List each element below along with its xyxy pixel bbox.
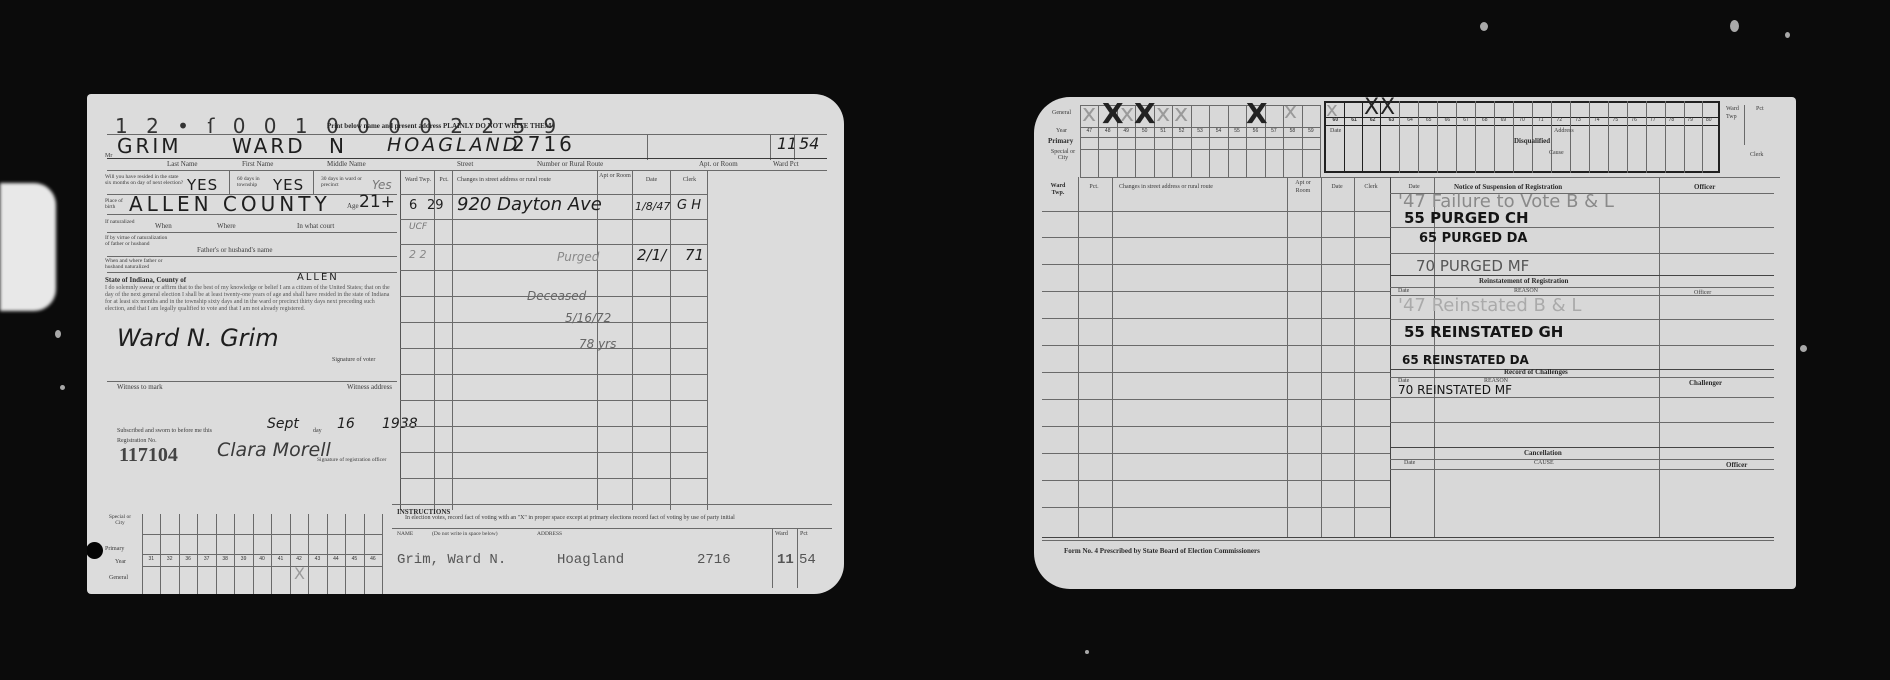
- vote-mark-47: x: [1082, 99, 1096, 127]
- apt-label: Apt. or Room: [699, 160, 738, 168]
- reinstatement-entry-1947: '47 Reinstated B & L: [1398, 295, 1581, 316]
- voter-signature: Ward N. Grim: [117, 324, 279, 352]
- row1-address: 920 Dayton Ave: [457, 194, 602, 215]
- last-name-label: Last Name: [167, 160, 198, 168]
- typed-pct-label: Pct: [800, 530, 808, 538]
- naturalized-court-label: In what court: [297, 222, 334, 230]
- subscribed-label: Subscribed and sworn to before me this: [117, 427, 212, 435]
- cancellation-heading: Cancellation: [1524, 449, 1562, 457]
- last-name-value: GRIM: [117, 134, 182, 158]
- box-disqualified-label: Disqualified: [1514, 137, 1550, 145]
- scan-speck: [1480, 22, 1488, 31]
- cancellation-officer-label: Officer: [1726, 461, 1747, 469]
- side-ward-twp-label: Ward Twp: [1726, 105, 1746, 121]
- cancellation-date-label: Date: [1404, 459, 1415, 467]
- row1-clerk: G H: [677, 198, 701, 213]
- do-not-write-label: (Do not write in space below): [432, 530, 498, 538]
- row1-pct: 29: [427, 198, 444, 213]
- th-ward-twp: Ward Twp.: [403, 176, 433, 184]
- number-label: Number or Rural Route: [537, 160, 603, 168]
- back-th-changes: Changes in street address or rural route: [1119, 183, 1279, 191]
- scan-speck: [1785, 32, 1790, 38]
- naturalized-where-label: Where: [217, 222, 236, 230]
- naturalized-when-label: When: [155, 222, 172, 230]
- reinstatement-entry-1965: 65 REINSTATED DA: [1402, 353, 1529, 367]
- deceased-date: 5/16/72: [565, 311, 611, 325]
- front-year-row: 31 32 36 37 38 39 40 41 42 43 44 45 46: [142, 556, 382, 566]
- typed-pct: 54: [799, 552, 816, 568]
- vote-mark-52: x: [1174, 99, 1188, 127]
- scan-speck: [55, 330, 61, 338]
- vote-mark-60: x: [1326, 97, 1338, 121]
- scan-speck: [1085, 650, 1089, 654]
- box-address-label: Address: [1554, 127, 1574, 135]
- oath-heading: State of Indiana, County of: [105, 276, 186, 284]
- suspension-officer-label: Officer: [1694, 183, 1715, 191]
- vote-mark-63: X: [1380, 97, 1395, 120]
- row3-note: Purged: [557, 250, 599, 264]
- typed-number: 2716: [697, 552, 731, 568]
- suspension-date-label: Date: [1394, 183, 1434, 191]
- middle-name-label: Middle Name: [327, 160, 366, 168]
- suspension-entry-1965: 65 PURGED DA: [1419, 231, 1527, 246]
- fathers-name-label: Father's or husband's name: [197, 246, 272, 254]
- suspension-heading: Notice of Suspension of Registration: [1454, 183, 1562, 191]
- vote-mark-50: X: [1134, 97, 1156, 130]
- row3-clerk: 71: [685, 246, 704, 264]
- registration-no: 117104: [119, 444, 178, 467]
- back-grid-label-year: Year: [1056, 127, 1067, 135]
- scan-speck: [1800, 345, 1807, 352]
- residence-q1-label: Will you have resided in the state six m…: [105, 174, 185, 186]
- back-th-clerk: Clerk: [1356, 183, 1386, 191]
- middle-name-value: N: [329, 134, 347, 158]
- form-footer: Form No. 4 Prescribed by State Board of …: [1064, 547, 1260, 555]
- deceased-note: Deceased: [527, 289, 586, 303]
- reinstatement-reason-label: REASON: [1514, 287, 1538, 295]
- typed-ward-label: Ward: [775, 530, 788, 538]
- oath-text: I do solemnly swear or affirm that to th…: [105, 285, 395, 313]
- officer-signature: Clara Morell: [217, 439, 331, 461]
- naturalized-label: If naturalized: [105, 218, 134, 226]
- place-of-birth-label: Place of birth: [105, 198, 129, 210]
- by-virtue-label: If by virtue of naturalization of father…: [105, 235, 170, 247]
- header-instruction: Print below name and present address PLA…: [327, 122, 551, 130]
- number-value: 2716: [512, 132, 575, 156]
- back-grid-label-primary: Primary: [1048, 137, 1073, 145]
- scan-speck: [1730, 20, 1739, 32]
- back-grid-label-special: Special or City: [1048, 149, 1078, 161]
- witness-label: Witness to mark: [117, 383, 163, 391]
- vote-mark-62: X: [1364, 97, 1379, 120]
- address-label: ADDRESS: [537, 530, 562, 538]
- reinstatement-date-label: Date: [1398, 287, 1409, 295]
- th-date: Date: [634, 176, 669, 184]
- th-changes: Changes in street address or rural route: [457, 176, 597, 184]
- vote-mark-58: x: [1284, 99, 1297, 124]
- challenger-label: Challenger: [1689, 379, 1722, 387]
- signature-label: Signature of voter: [332, 356, 375, 364]
- row3-ward: 2 2: [409, 248, 427, 261]
- vote-mark-51: x: [1156, 99, 1170, 127]
- grid-label-year: Year: [115, 558, 126, 566]
- row1-date: 1/8/47: [635, 200, 670, 213]
- place-of-birth-value: ALLEN COUNTY: [129, 192, 331, 216]
- vote-mark-56: X: [1246, 97, 1268, 130]
- subscribed-day: 16: [337, 416, 355, 432]
- residence-q3-answer: Yes: [372, 178, 392, 192]
- vote-mark-49: x: [1120, 99, 1134, 127]
- th-pct: Pct.: [436, 176, 452, 184]
- deceased-age: 78 yrs: [579, 337, 616, 351]
- challenges-heading: Record of Challenges: [1504, 368, 1568, 376]
- punch-hole: [87, 542, 103, 559]
- when-where-label: When and where father or husband natural…: [105, 258, 170, 270]
- instructions-text: In election votes, record fact of voting…: [405, 515, 815, 521]
- back-th-pct: Pct.: [1080, 183, 1108, 191]
- residence-q2-label: 60 days in township: [237, 176, 277, 188]
- back-grid-label-general: General: [1052, 109, 1071, 117]
- scan-speck: [60, 385, 65, 390]
- general-vote-mark-42: X: [294, 564, 305, 583]
- oath-county: ALLEN: [297, 272, 339, 283]
- name-label: NAME: [397, 530, 413, 538]
- suspension-entry-1970: 70 PURGED MF: [1416, 257, 1529, 275]
- typed-name: Grim, Ward N.: [397, 552, 506, 568]
- cancellation-cause-label: CAUSE: [1534, 459, 1554, 467]
- row3-date: 2/1/: [637, 246, 666, 264]
- suspension-entry-1955: 55 PURGED CH: [1404, 209, 1529, 227]
- ward-pct-label: Ward Pct: [773, 160, 799, 168]
- row1-ward: 6: [409, 198, 417, 213]
- grid-label-general: General: [109, 574, 128, 582]
- back-th-apt: Apt or Room: [1288, 179, 1318, 195]
- first-name-value: WARD: [232, 134, 306, 158]
- witness-address-label: Witness address: [347, 383, 392, 391]
- back-th-date: Date: [1322, 183, 1352, 191]
- subscribed-day-label: day: [313, 427, 322, 435]
- age-label: Age: [347, 202, 359, 210]
- street-value: HOAGLAND: [387, 134, 520, 156]
- subscribed-month: Sept: [267, 416, 299, 432]
- first-name-label: First Name: [242, 160, 273, 168]
- voter-registration-card-back: General Year Primary Special or City 47 …: [1034, 97, 1796, 589]
- typed-ward: 11: [777, 552, 794, 568]
- voter-registration-card-front: 1 2 • ſ 0 0 1 0 0 0 0 2 2 5 9 Print belo…: [87, 94, 844, 594]
- age-value: 21+: [359, 192, 395, 212]
- grid-label-special: Special or City: [105, 514, 135, 526]
- street-label: Street: [457, 160, 473, 168]
- officer-signature-label: Signature of registration officer: [317, 456, 386, 464]
- side-clerk-label: Clerk: [1750, 151, 1763, 159]
- box-cause-label: Cause: [1549, 149, 1564, 157]
- back-th-ward-twp: Ward Twp.: [1044, 183, 1072, 197]
- reinstatement-heading: Reinstatement of Registration: [1479, 277, 1568, 285]
- reinstatement-entry-1955: 55 REINSTATED GH: [1404, 323, 1563, 341]
- box-date-label: Date: [1330, 127, 1341, 135]
- challenge-entry-1970: 70 REINSTATED MF: [1398, 383, 1512, 397]
- row2-ward: UCF: [409, 222, 427, 232]
- pct-value: 54: [799, 134, 819, 153]
- residence-q3-label: 30 days in ward or precinct: [321, 176, 371, 188]
- th-clerk: Clerk: [672, 176, 707, 184]
- typed-street: Hoagland: [557, 552, 624, 568]
- side-pct-label: Pct: [1756, 105, 1764, 113]
- grid-label-primary: Primary: [105, 545, 124, 553]
- card-tab-edge: [0, 183, 56, 311]
- th-apt: Apt or Room: [599, 172, 631, 180]
